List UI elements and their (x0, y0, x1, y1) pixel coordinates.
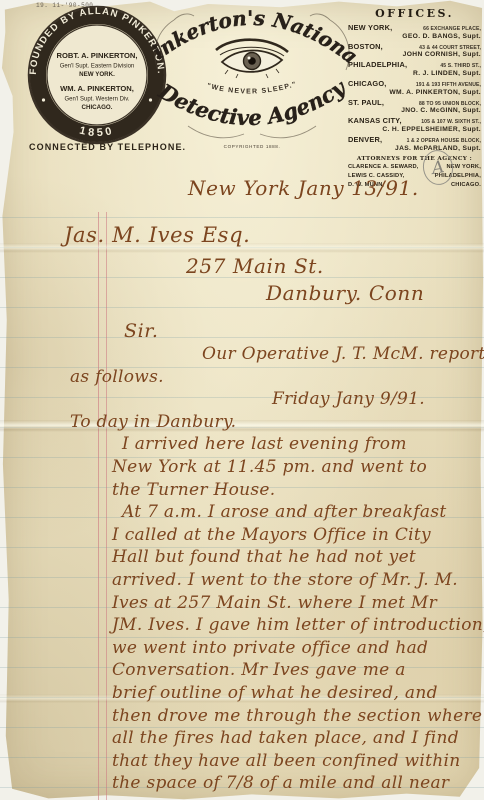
report-line: JM. Ives. I gave him letter of introduct… (112, 614, 478, 637)
office-row: PHILADELPHIA, 45 S. THIRD ST., R. J. LIN… (348, 60, 481, 77)
salutation: Sir. (124, 320, 159, 342)
attorney-city: CHICAGO. (451, 181, 481, 190)
report-line: I called at the Mayors Office in City (112, 524, 478, 547)
report-line: all the fires had taken place, and I fin… (112, 727, 478, 750)
office-address: 191 & 193 FIFTH AVENUE, (416, 82, 481, 88)
office-superintendent: JAS. McPARLAND, Supt. (348, 145, 481, 152)
recipient-street: 257 Main St. (186, 254, 324, 278)
report-line: as follows. (70, 366, 478, 389)
office-city: CHICAGO, (348, 79, 387, 88)
founders-seal: FOUNDED BY ALLAN PINKERTON. 1850 ROBT. A… (26, 4, 168, 146)
office-superintendent: C. H. EPPELSHEIMER, Supt. (348, 126, 481, 133)
seal-officer2-name: WM. A. PINKERTON, (60, 84, 134, 93)
report-line: At 7 a.m. I arose and after breakfast (122, 501, 478, 524)
seal-officer1-name: ROBT. A. PINKERTON, (56, 51, 137, 60)
office-address: 1 & 2 OPERA HOUSE BLOCK, (407, 138, 481, 144)
office-address: 66 EXCHANGE PLACE, (423, 26, 481, 32)
office-superintendent: JOHN CORNISH, Supt. (348, 51, 481, 58)
report-line: Hall but found that he had not yet (112, 546, 478, 569)
attorney-row: CLARENCE A. SEWARD, NEW YORK, (348, 163, 481, 172)
logo-motto: "WE NEVER SLEEP." (206, 81, 298, 96)
svg-text:Detective Agency: Detective Agency (154, 74, 351, 130)
attorneys-heading: ATTORNEYS FOR THE AGENCY : (348, 156, 481, 162)
office-address: 88 TO 95 UNION BLOCK, (419, 101, 481, 107)
logo-title-bottom: Detective Agency (154, 74, 351, 130)
office-row: ST. PAUL, 88 TO 95 UNION BLOCK, JNO. C. … (348, 98, 481, 115)
report-body: Our Operative J. T. McM. reports as foll… (70, 343, 478, 795)
office-address: 105 & 107 W. SIXTH ST., (421, 119, 481, 125)
office-city: PHILADELPHIA, (348, 60, 407, 69)
svg-text:"WE NEVER SLEEP.": "WE NEVER SLEEP." (206, 81, 298, 96)
office-row: KANSAS CITY, 105 & 107 W. SIXTH ST., C. … (348, 116, 481, 133)
seal-officer1-city: NEW YORK. (79, 71, 115, 78)
office-city: DENVER, (348, 135, 382, 144)
office-row: DENVER, 1 & 2 OPERA HOUSE BLOCK, JAS. Mc… (348, 135, 481, 152)
office-city: NEW YORK, (348, 23, 392, 32)
seal-officer2-title: Gen'l Supt. Western Div. (65, 97, 130, 103)
report-line: we went into private office and had (112, 637, 478, 660)
report-line: I arrived here last evening from (122, 433, 478, 456)
scanned-letter-page: 19. 11-'90-500 FOUNDED BY ALLAN PINKERTO… (0, 0, 484, 800)
recipient-name: Jas. M. Ives Esq. (64, 223, 250, 247)
report-line: Conversation. Mr Ives gave me a (112, 659, 478, 682)
office-superintendent: GEO. D. BANGS, Supt. (348, 33, 481, 40)
report-line: To day in Danbury. (70, 411, 478, 434)
report-line: Friday Jany 9/91. (272, 388, 478, 411)
office-row: CHICAGO, 191 & 193 FIFTH AVENUE, WM. A. … (348, 79, 481, 96)
office-city: BOSTON, (348, 42, 383, 51)
office-row: NEW YORK, 66 EXCHANGE PLACE, GEO. D. BAN… (348, 23, 481, 40)
report-line: Ives at 257 Main St. where I met Mr (112, 592, 478, 615)
report-line: arrived. I went to the store of Mr. J. M… (112, 569, 478, 592)
seal-officer2-city: CHICAGO. (82, 104, 113, 111)
office-superintendent: WM. A. PINKERTON, Supt. (348, 89, 481, 96)
office-superintendent: R. J. LINDEN, Supt. (348, 70, 481, 77)
office-city: KANSAS CITY, (348, 116, 402, 125)
office-superintendent: JNO. C. McGINN, Supt. (348, 107, 481, 114)
eye-icon (216, 40, 288, 78)
report-line: the Turner House. (112, 479, 478, 502)
office-row: BOSTON, 43 & 44 COURT STREET, JOHN CORNI… (348, 42, 481, 59)
offices-list: OFFICES. NEW YORK, 66 EXCHANGE PLACE, GE… (348, 7, 481, 190)
report-line: Our Operative J. T. McM. reports (202, 343, 478, 366)
seal-officer1-title: Gen'l Supt. Eastern Division (60, 64, 135, 70)
dateline: New York Jany 13/91. (188, 176, 419, 200)
report-line: the space of 7/8 of a mile and all near (112, 772, 478, 795)
office-address: 45 S. THIRD ST., (440, 63, 481, 69)
recipient-city: Danbury. Conn (266, 281, 424, 305)
report-line: that they have all been confined within (112, 750, 478, 773)
office-address: 43 & 44 COURT STREET, (419, 45, 481, 51)
office-city: ST. PAUL, (348, 98, 384, 107)
offices-rows: NEW YORK, 66 EXCHANGE PLACE, GEO. D. BAN… (348, 23, 481, 152)
report-line: New York at 11.45 pm. and went to (112, 456, 478, 479)
report-line: brief outline of what he desired, and (112, 682, 478, 705)
logo-copyright: COPYRIGHTED 1888. (224, 144, 281, 149)
attorney-name: CLARENCE A. SEWARD, (348, 163, 419, 172)
report-line: then drove me through the section where (112, 705, 478, 728)
agency-logo: Pinkerton's National Detective Agency "W… (148, 0, 356, 152)
offices-heading: OFFICES. (348, 7, 481, 20)
